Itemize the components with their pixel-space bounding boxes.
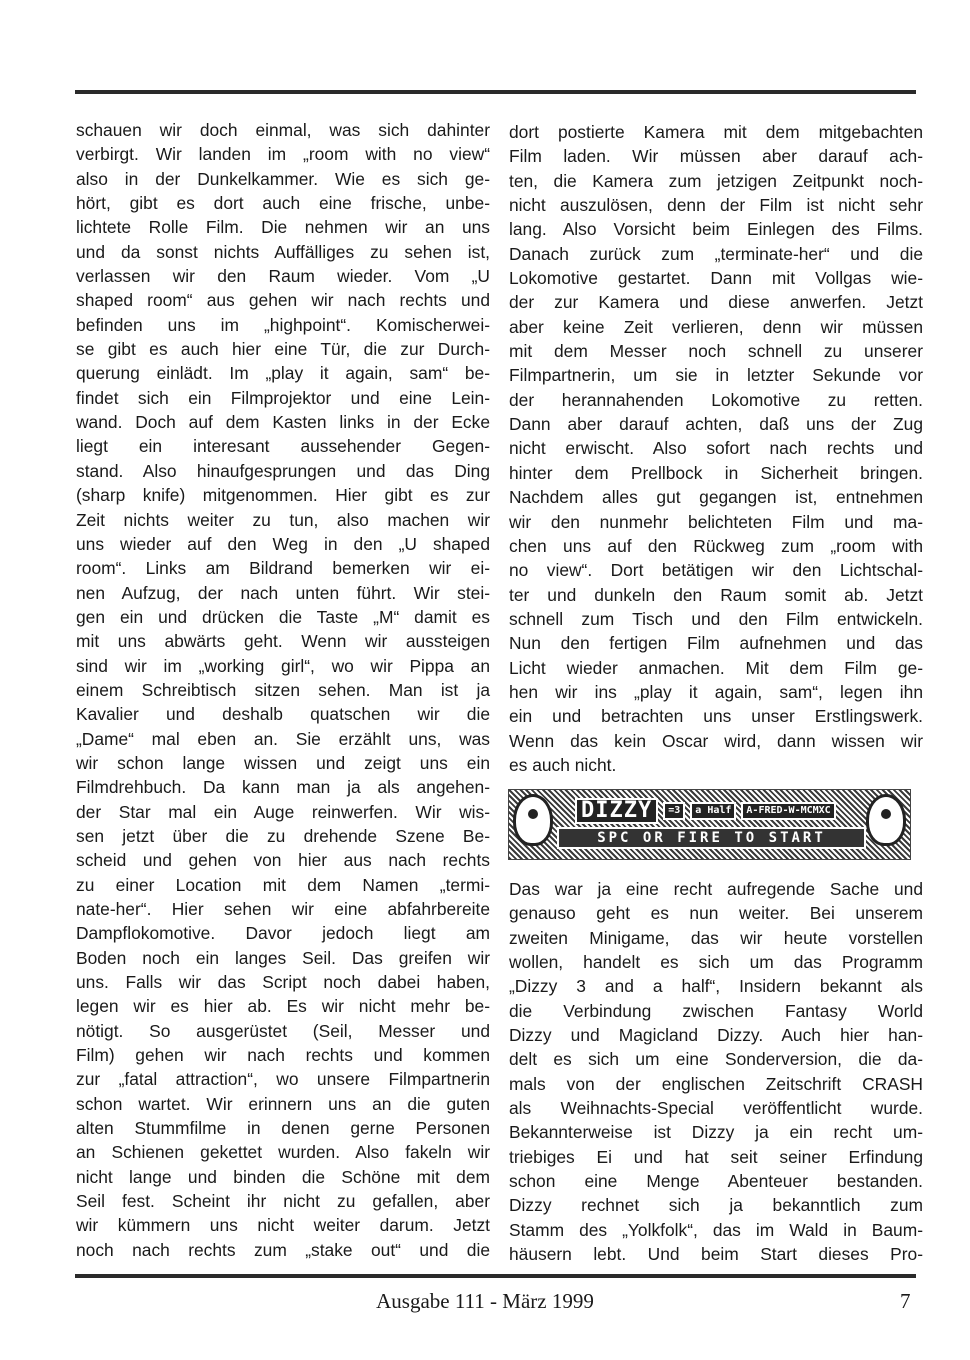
text-line: Seil fest. Scheint ihr nicht zu gefallen… [76, 1189, 490, 1213]
text-line: Licht wieder anmachen. Mit dem Film ge- [509, 656, 923, 680]
text-line: Bekannterweise ist Dizzy ja ein recht um… [509, 1120, 923, 1144]
text-line: schauen wir doch einmal, was sich dahint… [76, 118, 490, 142]
text-line: nicht lange und binden die Schöne mit de… [76, 1165, 490, 1189]
text-line: room“. Links am Bildrand bemerken wir ei… [76, 556, 490, 580]
text-line: Kavalier und deshalb quatschen wir die [76, 702, 490, 726]
text-line: Filmdrehbuch. Da kann man ja als angehen… [76, 775, 490, 799]
text-line: Lokomotive gestartet. Dann mit Vollgas w… [509, 266, 923, 290]
text-line: wir den nunmehr belichteten Film und ma- [509, 510, 923, 534]
text-line: ten, die Kamera zum jetzigen Zeitpunkt n… [509, 169, 923, 193]
text-line: genauso geht es nun weiter. Bei unserem [509, 901, 923, 925]
text-line: an Schienen gekettet wurden. Also fakeln… [76, 1140, 490, 1164]
banner-tag-credits: A-FRED-W-MCMXC [741, 802, 835, 820]
text-line: se gibt es auch hier eine Tür, die zur D… [76, 337, 490, 361]
right-paragraph-2: Das war ja eine recht aufregende Sache u… [509, 877, 923, 1267]
text-line: lang. Also Vorsicht beim Einlegen des Fi… [509, 217, 923, 241]
text-line: verlassen wir den Raum wieder. Vom „U [76, 264, 490, 288]
text-line: Dizzy und Magicland Dizzy. Auch hier han… [509, 1023, 923, 1047]
dizzy-egg-left-icon [513, 794, 553, 846]
text-line: Danach zurück zum „terminate-her“ und di… [509, 242, 923, 266]
text-line: Dann aber darauf achten, daß uns der Zug [509, 412, 923, 436]
page-number: 7 [900, 1289, 911, 1314]
text-line: Film) gehen wir nach rechts und kommen [76, 1043, 490, 1067]
text-line: scheid und gehen von hier aus nach recht… [76, 848, 490, 872]
text-line: nicht auszulösen, denn der Film ist nich… [509, 193, 923, 217]
text-line: der zur Kamera und diese anwerfen. Jetzt [509, 290, 923, 314]
text-line: befinden uns im „highpoint“. Komischerwe… [76, 313, 490, 337]
dizzy-egg-right-icon [866, 794, 906, 846]
text-line: und da sonst nichts Auffälliges zu sehen… [76, 240, 490, 264]
text-line: wollen, handelt es sich um das Programm [509, 950, 923, 974]
bottom-rule [75, 1274, 916, 1278]
text-line: shaped room“ aus gehen wir nach rechts u… [76, 288, 490, 312]
text-line: die Verbindung zwischen Fantasy World [509, 999, 923, 1023]
banner-title: DIZZY [575, 798, 658, 824]
text-line: Filmpartnerin, um sie in letzter Sekunde… [509, 363, 923, 387]
text-line: uns. Falls wir das Script noch dabei hab… [76, 970, 490, 994]
text-line: no view“. Dort betätigen wir den Lichtsc… [509, 558, 923, 582]
text-line: noch nach rechts zum „stake out“ und die [76, 1238, 490, 1262]
left-column: schauen wir doch einmal, was sich dahint… [76, 118, 490, 1262]
text-line: Nachdem alles gut gegangen ist, entnehme… [509, 485, 923, 509]
right-column-lower: Das war ja eine recht aufregende Sache u… [509, 877, 923, 1267]
text-line: ter und dunkeln den Raum somit ab. Jetzt [509, 583, 923, 607]
text-line: mals von der englischen Zeitschrift CRAS… [509, 1072, 923, 1096]
text-line: ein und betrachten uns unser Erstlingswe… [509, 704, 923, 728]
text-line: wir schon lange wissen und zeigt uns ein [76, 751, 490, 775]
text-line: sen jetzt über die zu drehende Szene Be- [76, 824, 490, 848]
text-line: mit uns abwärts geht. Wenn wir aussteige… [76, 629, 490, 653]
text-line: dort postierte Kamera mit dem mitgebacht… [509, 120, 923, 144]
banner-start-text: SPC OR FIRE TO START [557, 827, 866, 849]
text-line: also in der Dunkelkammer. Wie es sich ge… [76, 167, 490, 191]
text-line: zur „fatal attraction“, wo unsere Filmpa… [76, 1067, 490, 1091]
text-line: „Dizzy 3 and a half“, Insidern bekannt a… [509, 974, 923, 998]
text-line: einem Schreibtisch sitzen sehen. Man ist… [76, 678, 490, 702]
text-line: mit dem Messer noch schnell zu unserer [509, 339, 923, 363]
text-line: wir kümmern uns nicht weiter darum. Jetz… [76, 1213, 490, 1237]
text-line: schon wartet. Wir erinnern uns an die gu… [76, 1092, 490, 1116]
text-line: wand. Doch auf dem Kasten links in der E… [76, 410, 490, 434]
text-line: als Weihnachts-Special veröffentlicht wu… [509, 1096, 923, 1120]
text-line: der Star mal ein Auge reinwerfen. Wir wi… [76, 800, 490, 824]
text-line: hinter dem Prellbock in Sicherheit bring… [509, 461, 923, 485]
text-line: liegt ein interesant aussehender Gegen- [76, 434, 490, 458]
text-line: triebiges Ei und hat seit seiner Erfindu… [509, 1145, 923, 1169]
text-line: Wenn das kein Oscar wird, dann wissen wi… [509, 729, 923, 753]
text-line: lichtete Rolle Film. Die nehmen wir an u… [76, 215, 490, 239]
text-line: nate-her“. Hier sehen wir eine abfahrber… [76, 897, 490, 921]
banner-tag-half: a Half [690, 802, 736, 820]
text-line: gen ein und drücken die Taste „M“ damit … [76, 605, 490, 629]
text-line: schnell zum Tisch und den Film entwickel… [509, 607, 923, 631]
text-line: legen wir es hier ab. Es wir nicht mehr … [76, 994, 490, 1018]
text-line: Stamm des „Yolkfolk“, das im Wald in Bau… [509, 1218, 923, 1242]
text-line: findet sich ein Filmprojektor und eine L… [76, 386, 490, 410]
text-line: Dampflokomotive. Davor jedoch liegt am [76, 921, 490, 945]
text-line: aber keine Zeit verlieren, denn wir müss… [509, 315, 923, 339]
text-line: alten Stummfilme in denen gerne Personen [76, 1116, 490, 1140]
right-paragraph-1: dort postierte Kamera mit dem mitgebacht… [509, 120, 923, 777]
text-line: hen wir ins „play it again, sam“, legen … [509, 680, 923, 704]
text-line: es auch nicht. [509, 753, 923, 777]
text-line: Boden noch ein langes Seil. Das greifen … [76, 946, 490, 970]
text-line: Film laden. Wir müssen aber darauf ach- [509, 144, 923, 168]
text-line: Zeit nichts weiter zu tun, also machen w… [76, 508, 490, 532]
text-line: hört, gibt es dort auch eine frische, un… [76, 191, 490, 215]
text-line: querung einlädt. Im „play it again, sam“… [76, 361, 490, 385]
text-line: häusern lebt. Und beim Start dieses Pro- [509, 1242, 923, 1266]
top-rule [75, 90, 916, 94]
text-line: nötigt. So ausgerüstet (Seil, Messer und [76, 1019, 490, 1043]
dizzy-title-screen-image: DIZZY =3 a Half A-FRED-W-MCMXC SPC OR FI… [508, 789, 911, 860]
text-line: der herannahenden Lokomotive zu retten. [509, 388, 923, 412]
text-line: nicht erwischt. Also sofort nach rechts … [509, 436, 923, 460]
text-line: zu einer Location mit dem Namen „termi- [76, 873, 490, 897]
text-line: verbirgt. Wir landen im „room with no vi… [76, 142, 490, 166]
banner-number: =3 [663, 802, 685, 820]
text-line: „Dame“ mal eben an. Sie erzählt uns, was [76, 727, 490, 751]
issue-footer: Ausgabe 111 - März 1999 [0, 1289, 970, 1314]
text-line: delt es sich um eine Sonderversion, die … [509, 1047, 923, 1071]
text-line: sind wir im „working girl“, wo wir Pippa… [76, 654, 490, 678]
text-line: chen uns auf den Rückweg zum „room with [509, 534, 923, 558]
text-line: Nun den fertigen Film aufnehmen und das [509, 631, 923, 655]
text-line: stand. Also hinaufgesprungen und das Din… [76, 459, 490, 483]
text-line: Das war ja eine recht aufregende Sache u… [509, 877, 923, 901]
text-line: nen Aufzug, der nach unten führt. Wir st… [76, 581, 490, 605]
text-line: uns wieder auf den Weg in den „U shaped [76, 532, 490, 556]
right-column: dort postierte Kamera mit dem mitgebacht… [509, 120, 923, 777]
text-line: Dizzy rechnet sich ja bekanntlich zum [509, 1193, 923, 1217]
banner-title-row: DIZZY =3 a Half A-FRED-W-MCMXC [575, 798, 836, 824]
text-line: schon eine Menge Abenteuer bestanden. [509, 1169, 923, 1193]
text-line: zweiten Minigame, das wir heute vorstell… [509, 926, 923, 950]
text-line: (sharp knife) mitgenommen. Hier gibt es … [76, 483, 490, 507]
